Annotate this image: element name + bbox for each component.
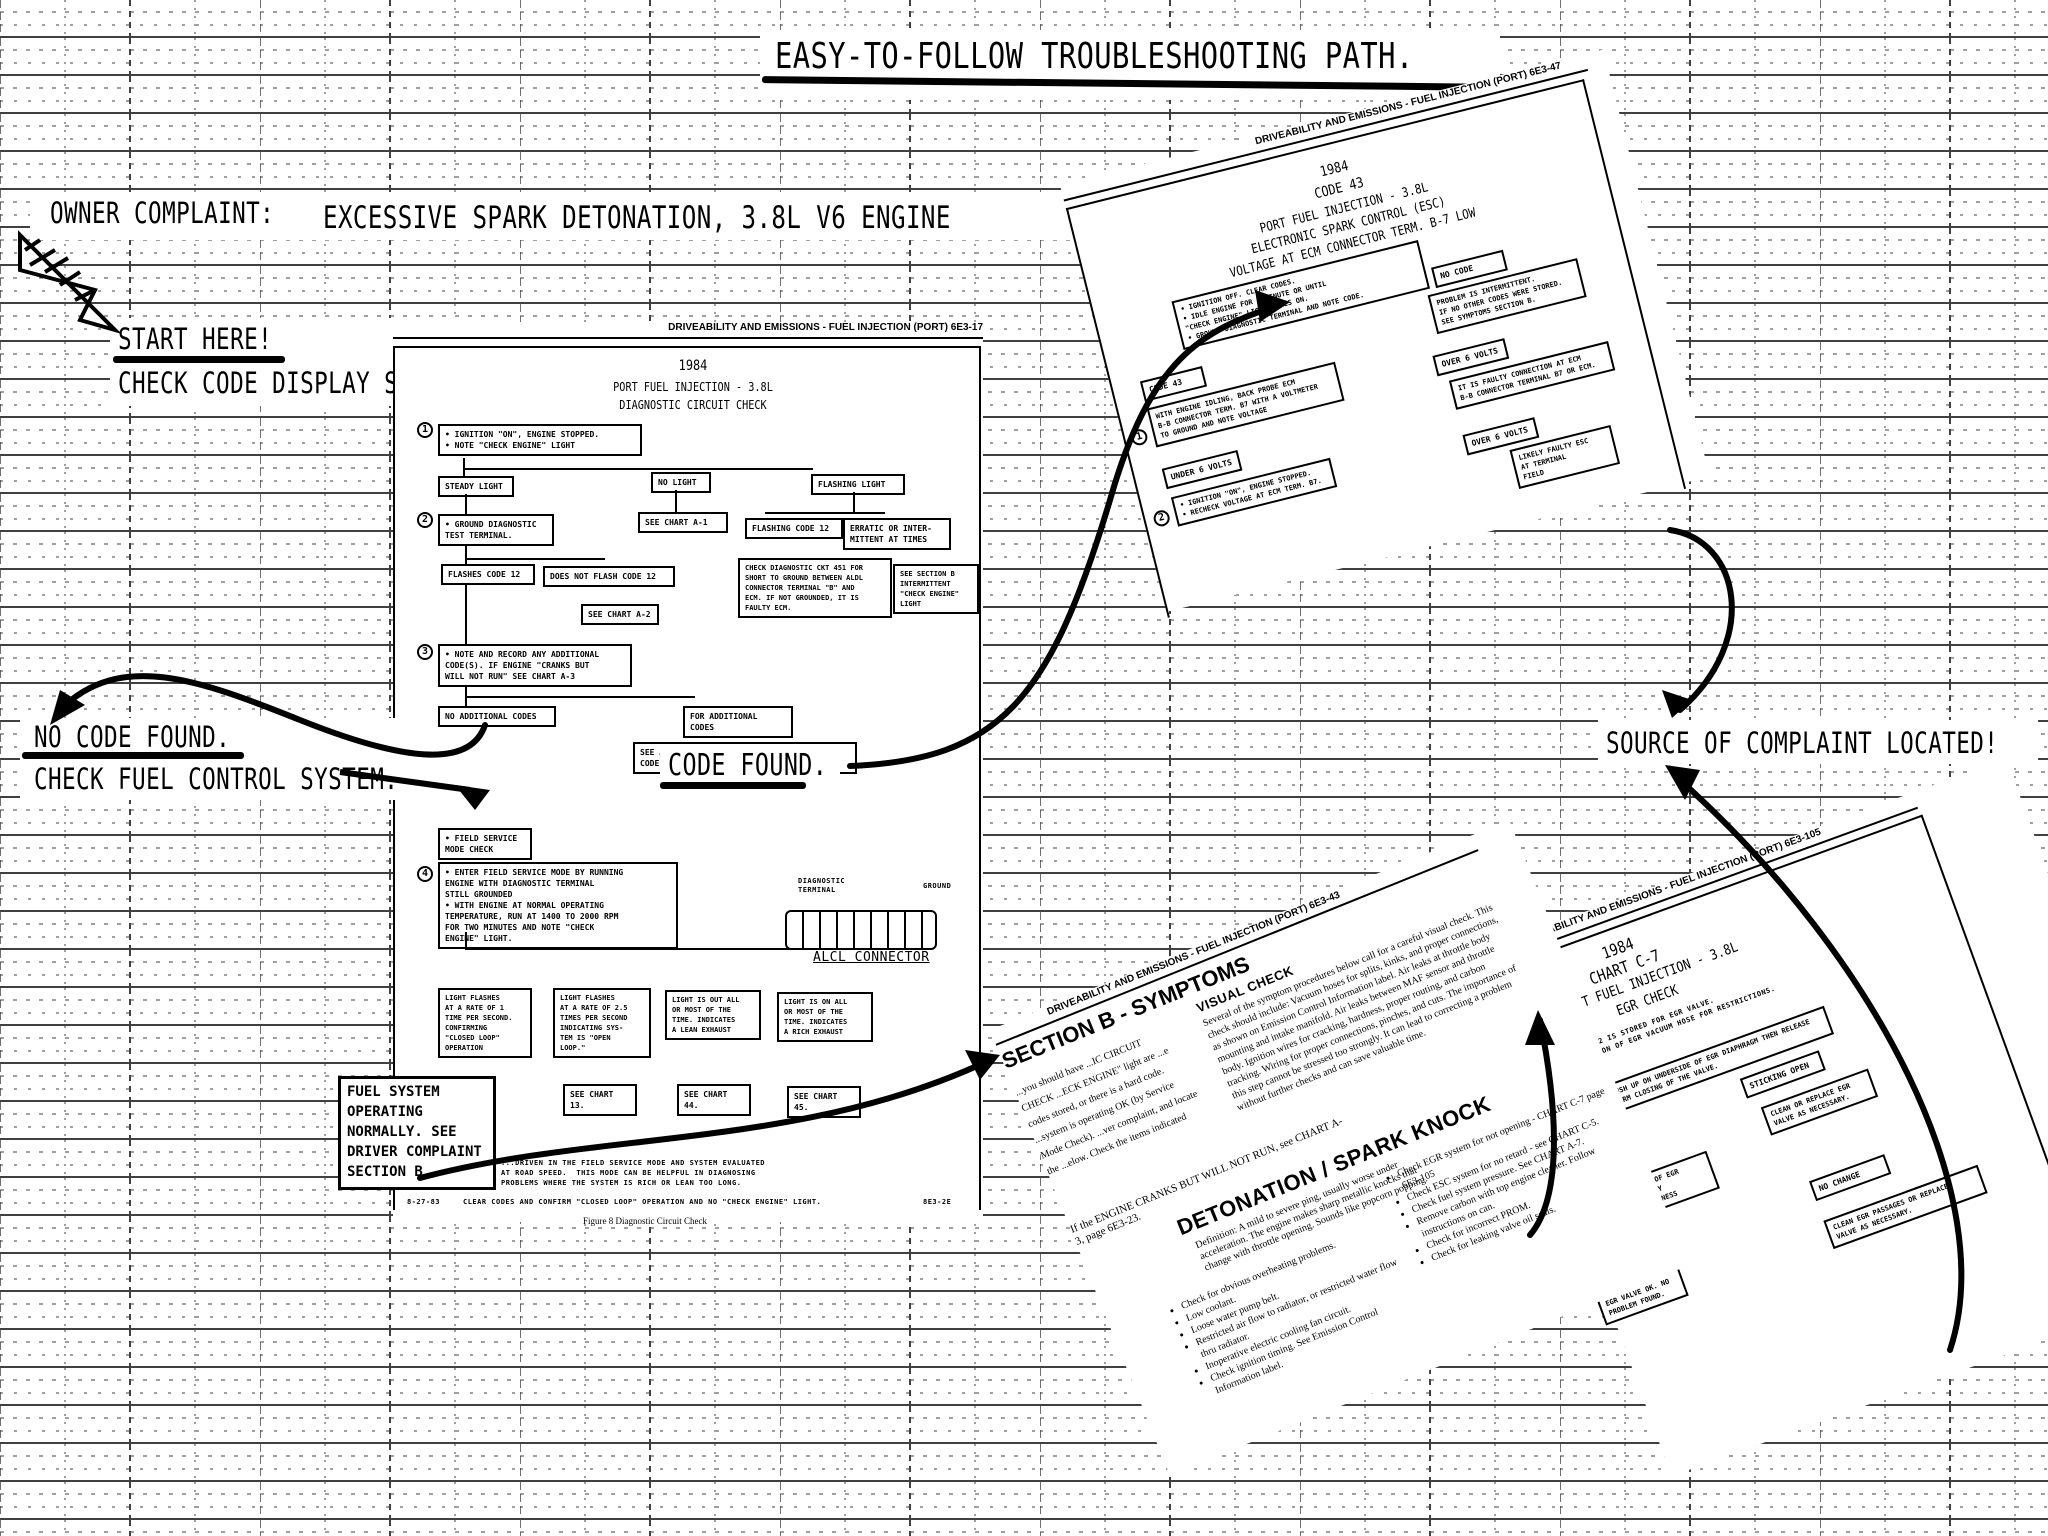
no-additional-codes-box: NO ADDITIONAL CODES — [438, 706, 556, 727]
detonation-checks-right: Check EGR system for not opening - CHART… — [1382, 1082, 1647, 1270]
figure-caption: Figure 8 Diagnostic Circuit Check — [583, 1216, 707, 1226]
code-found-underline — [660, 782, 806, 789]
see-section-b-box: SEE SECTION B INTERMITTENT "CHECK ENGINE… — [893, 564, 979, 614]
diag-step-3-box: • NOTE AND RECORD ANY ADDITIONAL CODE(S)… — [438, 644, 632, 687]
diag-title: DIAGNOSTIC CIRCUIT CHECK — [566, 396, 821, 415]
source-located-label: SOURCE OF COMPLAINT LOCATED! — [1606, 726, 1998, 760]
field-service-box: • FIELD SERVICE MODE CHECK — [438, 828, 532, 860]
owner-complaint-label: OWNER COMPLAINT: — [50, 196, 274, 230]
check-diagnostic-box: CHECK DIAGNOSTIC CKT 451 FOR SHORT TO GR… — [738, 558, 892, 618]
aldl-ground-label: GROUND — [923, 882, 951, 890]
see-chart-a2-box: SEE CHART A-2 — [581, 604, 659, 625]
no-code-found-label: NO CODE FOUND. — [34, 720, 230, 754]
for-additional-codes-box: FOR ADDITIONAL CODES — [683, 706, 793, 738]
field-service-note: ...DRIVEN IN THE FIELD SERVICE MODE AND … — [501, 1158, 765, 1188]
no-light-box: NO LIGHT — [651, 472, 711, 493]
no-code-underline — [22, 752, 244, 759]
diag-step-4-box: • ENTER FIELD SERVICE MODE BY RUNNING EN… — [438, 862, 678, 949]
page-heading: EASY-TO-FOLLOW TROUBLESHOOTING PATH. — [775, 36, 1414, 77]
step-3-marker: 3 — [417, 644, 433, 660]
aldl-connector-diagram — [785, 910, 937, 950]
start-here-underline — [113, 356, 285, 363]
owner-complaint-text: EXCESSIVE SPARK DETONATION, 3.8L V6 ENGI… — [323, 200, 951, 236]
flashes-code-12-box: FLASHES CODE 12 — [441, 564, 535, 585]
footer-code: 8E3-2E — [923, 1198, 951, 1206]
fuel-system-normal-note: FUEL SYSTEM OPERATING NORMALLY. SEE DRIV… — [338, 1076, 496, 1190]
diag-step-2-box: • GROUND DIAGNOSTIC TEST TERMINAL. — [438, 514, 554, 546]
see-chart-13-box: SEE CHART 13. — [563, 1084, 637, 1116]
step-2-marker: 2 — [417, 512, 433, 528]
diag-step-1-box: • IGNITION "ON", ENGINE STOPPED. • NOTE … — [438, 424, 642, 456]
footer-clear-codes: CLEAR CODES AND CONFIRM "CLOSED LOOP" OP… — [463, 1198, 821, 1206]
step-1-marker: 1 — [417, 422, 433, 438]
erratic-box: ERRATIC OR INTER- MITTENT AT TIMES — [843, 518, 951, 550]
option-a-box: LIGHT FLASHES AT A RATE OF 1 TIME PER SE… — [438, 988, 532, 1058]
option-b-box: LIGHT FLASHES AT A RATE OF 2.5 TIMES PER… — [553, 988, 651, 1058]
steady-light-box: STEADY LIGHT — [438, 476, 514, 497]
step-4-marker: 4 — [417, 866, 433, 882]
see-chart-44-box: SEE CHART 44. — [677, 1084, 751, 1116]
see-chart-45-box: SEE CHART 45. — [787, 1086, 861, 1118]
code-found-label: CODE FOUND. — [668, 748, 827, 783]
option-d-box: LIGHT IS ON ALL OR MOST OF THE TIME. IND… — [777, 992, 873, 1042]
aldl-diagnostic-terminal-label: DIAGNOSTIC TERMINAL — [798, 877, 845, 895]
aldl-connector-label: ALCL CONNECTOR — [813, 950, 930, 965]
does-not-flash-box: DOES NOT FLASH CODE 12 — [543, 566, 675, 587]
diag-subtitle: PORT FUEL INJECTION - 3.8L — [566, 378, 821, 397]
option-c-box: LIGHT IS OUT ALL OR MOST OF THE TIME. IN… — [665, 990, 761, 1040]
start-here-label: START HERE! — [118, 322, 272, 356]
footer-date: 8-27-83 — [407, 1198, 440, 1206]
diag-year: 1984 — [617, 357, 770, 376]
flashing-light-box: FLASHING LIGHT — [811, 474, 905, 495]
diagnostic-page-header: DRIVEABILITY AND EMISSIONS - FUEL INJECT… — [668, 322, 983, 333]
see-chart-a1-box: SEE CHART A-1 — [638, 512, 728, 533]
flashing-code-12-box: FLASHING CODE 12 — [745, 518, 843, 539]
check-fuel-control-label: CHECK FUEL CONTROL SYSTEM. — [34, 762, 398, 796]
